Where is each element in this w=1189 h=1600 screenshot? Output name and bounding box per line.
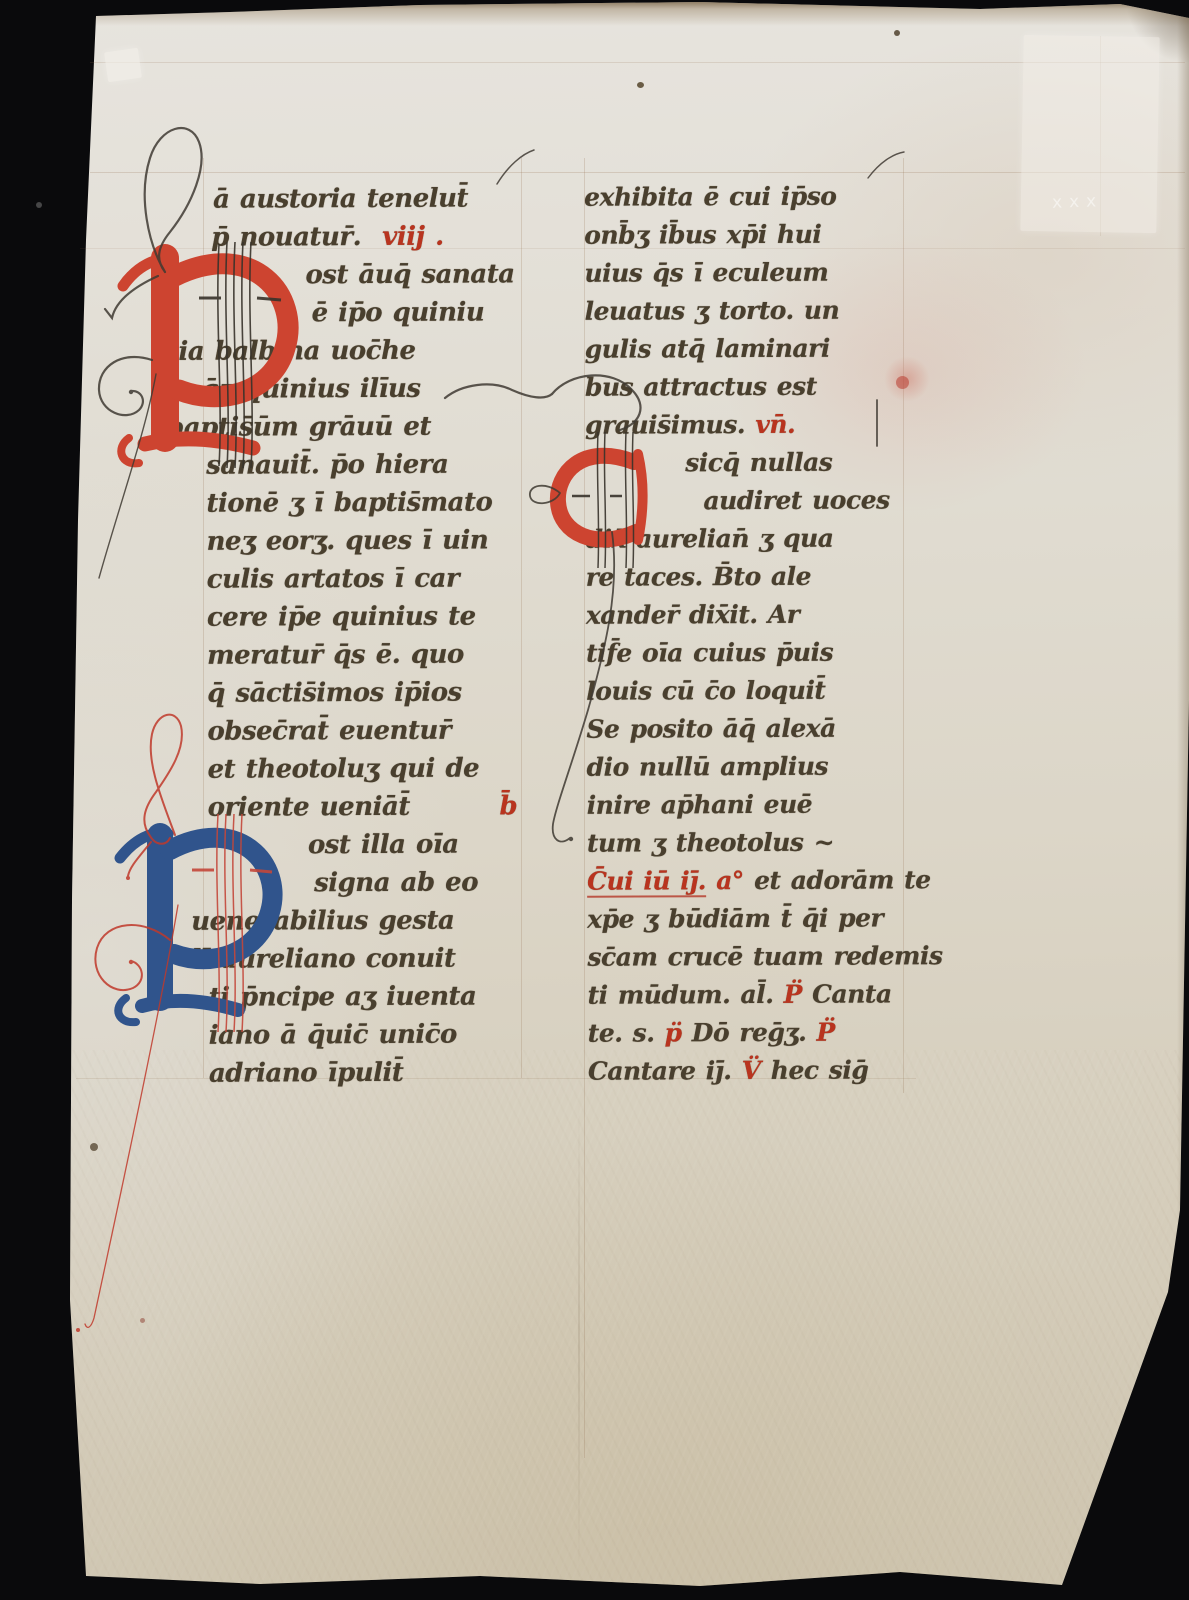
text-line: tum ʒ theotolus ~ bbox=[587, 823, 921, 862]
text-line: exhibita ē cui ip̄so bbox=[584, 177, 918, 216]
script-text: tif̄e oīa cuius p̄uis bbox=[586, 638, 833, 668]
text-line: xander̄ dix̄it. Ar bbox=[586, 595, 920, 634]
text-line: neʒ eorʒ. ques ī uin bbox=[207, 521, 527, 560]
initial-c-red-drawing bbox=[548, 446, 663, 556]
text-line: sicq̄ nullas bbox=[685, 443, 919, 482]
text-line: ost āuq̄ sanata bbox=[305, 255, 525, 294]
script-text: tionē ʒ ī baptis̄mato bbox=[206, 487, 492, 518]
script-text: gulis atq̄ laminari bbox=[585, 334, 830, 364]
text-line: ti mūdum. al̄. P̈ Canta bbox=[587, 975, 921, 1014]
tape-marks: xxx bbox=[1052, 191, 1104, 213]
rubric-text: P̈ bbox=[784, 980, 813, 1009]
illuminated-initial-p-red: P bbox=[115, 242, 315, 470]
text-line: signa ab eo bbox=[314, 863, 528, 902]
text-line: ā austoria tenelut̄ bbox=[213, 179, 525, 218]
text-line: obsec̄rat̄ euentur̄ bbox=[207, 711, 527, 750]
text-line: louis cū c̄o loquit̄ bbox=[586, 671, 920, 710]
rubric-text: b̄ bbox=[499, 787, 527, 825]
illuminated-initial-p-blue: P bbox=[112, 818, 312, 1033]
script-text: inire ap̄hani euē bbox=[587, 790, 812, 820]
script-text: te. s. bbox=[588, 1018, 665, 1047]
text-line: inire ap̄hani euē bbox=[587, 785, 921, 824]
script-text: Canta bbox=[812, 979, 892, 1008]
dust-speck bbox=[36, 202, 42, 208]
rubric-text: P̈ bbox=[816, 1018, 834, 1047]
text-line: q̄ sāctis̄imos ip̄ios bbox=[207, 673, 527, 712]
script-text: Cantare ij̄. bbox=[588, 1056, 742, 1086]
rubric-text: vn̄. bbox=[755, 410, 795, 439]
text-line: leuatus ʒ torto. un bbox=[585, 291, 919, 330]
initial-p-blue-drawing bbox=[112, 818, 312, 1033]
script-text: audiret uoces bbox=[703, 485, 889, 515]
script-text: ost āuq̄ sanata bbox=[305, 259, 514, 290]
script-text: grauis̄imus. bbox=[585, 410, 755, 440]
rubric-text: p̈ bbox=[665, 1018, 692, 1047]
script-text: ē ip̄o quiniu bbox=[312, 297, 485, 328]
script-text: Dō reḡʒ. bbox=[692, 1018, 817, 1048]
text-line: te. s. p̈ Dō reḡʒ. P̈ bbox=[588, 1013, 922, 1052]
script-text: uius q̄s ī eculeum bbox=[584, 258, 828, 288]
text-line: gulis atq̄ laminari bbox=[585, 329, 919, 368]
script-text: hec siḡ bbox=[771, 1056, 869, 1085]
script-text: xander̄ dix̄it. Ar bbox=[586, 600, 800, 630]
script-text: louis cū c̄o loquit̄ bbox=[586, 676, 825, 706]
script-text: ost illa oīa bbox=[308, 830, 459, 861]
illuminated-initial-c-red: C bbox=[548, 446, 663, 556]
script-text: signa ab eo bbox=[314, 868, 478, 899]
script-text: q̄ sāctis̄imos ip̄ios bbox=[207, 678, 462, 709]
text-line: re taces. B̄to ale bbox=[586, 557, 920, 596]
text-line: cere ip̄e quinius te bbox=[207, 597, 527, 636]
script-text: et adorām te bbox=[744, 865, 931, 895]
script-text: re taces. B̄to ale bbox=[586, 562, 811, 592]
rubric-text: V̈ bbox=[742, 1056, 771, 1085]
text-line: onb̄ʒ ib̄us xp̄i hui bbox=[584, 215, 918, 254]
script-text: adriano īpulit̄ bbox=[209, 1058, 404, 1089]
script-text: ti mūdum. al̄. bbox=[588, 980, 784, 1010]
text-line: xp̄e ʒ būdiām t̄ q̄i per bbox=[587, 899, 921, 938]
manuscript-photo: xxx ā austoria tenelut̄p̄ nouatur̄. viij… bbox=[0, 0, 1189, 1600]
text-line: et theotoluʒ qui de bbox=[207, 749, 527, 788]
text-line: adriano īpulit̄ bbox=[209, 1053, 529, 1092]
text-line: audiret uoces bbox=[703, 481, 919, 520]
text-line: sc̄am crucē tuam redemis bbox=[587, 937, 921, 976]
script-text: neʒ eorʒ. ques ī uin bbox=[207, 525, 489, 556]
text-column-right: exhibita ē cui ip̄soonb̄ʒ ib̄us xp̄i hui… bbox=[584, 177, 922, 1090]
text-line: C̄ui iū ij̄. a° et adorām te bbox=[587, 861, 921, 900]
script-text: exhibita ē cui ip̄so bbox=[584, 182, 836, 212]
text-line: bus attractus est bbox=[585, 367, 919, 406]
script-text: tum ʒ theotolus ~ bbox=[587, 828, 834, 858]
script-text: xp̄e ʒ būdiām t̄ q̄i per bbox=[587, 903, 883, 933]
text-line: ost illa oīa bbox=[308, 825, 528, 864]
rubric-text: C̄ui iū ij̄. bbox=[587, 866, 706, 898]
script-text: Se posito āq̄ alexā bbox=[586, 714, 836, 744]
script-text: ā austoria tenelut̄ bbox=[213, 184, 468, 215]
script-text: et theotoluʒ qui de bbox=[208, 754, 480, 785]
script-text: onb̄ʒ ib̄us xp̄i hui bbox=[584, 220, 821, 250]
script-text: bus attractus est bbox=[585, 372, 817, 402]
text-line: dio nullū amplius bbox=[586, 747, 920, 786]
script-text: obsec̄rat̄ euentur̄ bbox=[207, 716, 451, 747]
script-text: culis artatos ī car bbox=[207, 564, 460, 595]
text-line: tionē ʒ ī baptis̄mato bbox=[206, 483, 526, 522]
text-line: culis artatos ī car bbox=[207, 559, 527, 598]
rubric-text: viij . bbox=[382, 222, 444, 252]
text-line: uius q̄s ī eculeum bbox=[584, 253, 918, 292]
initial-p-red-drawing bbox=[115, 242, 315, 470]
text-line: Se posito āq̄ alexā bbox=[586, 709, 920, 748]
text-line: Cantare ij̄. V̈ hec siḡ bbox=[588, 1051, 922, 1090]
text-line: ē ip̄o quiniu bbox=[312, 293, 526, 332]
rubric-text: a° bbox=[706, 866, 744, 895]
script-text: sicq̄ nullas bbox=[685, 448, 832, 478]
text-line: tif̄e oīa cuius p̄uis bbox=[586, 633, 920, 672]
text-line: grauis̄imus. vn̄. bbox=[585, 405, 919, 444]
text-line: meratur̄ q̄s ē. quo bbox=[207, 635, 527, 674]
script-text: meratur̄ q̄s ē. quo bbox=[207, 640, 464, 671]
script-text: leuatus ʒ torto. un bbox=[585, 296, 840, 326]
script-text: dio nullū amplius bbox=[587, 752, 829, 782]
script-text: cere ip̄e quinius te bbox=[207, 602, 476, 633]
script-text: sc̄am crucē tuam redemis bbox=[587, 941, 942, 972]
